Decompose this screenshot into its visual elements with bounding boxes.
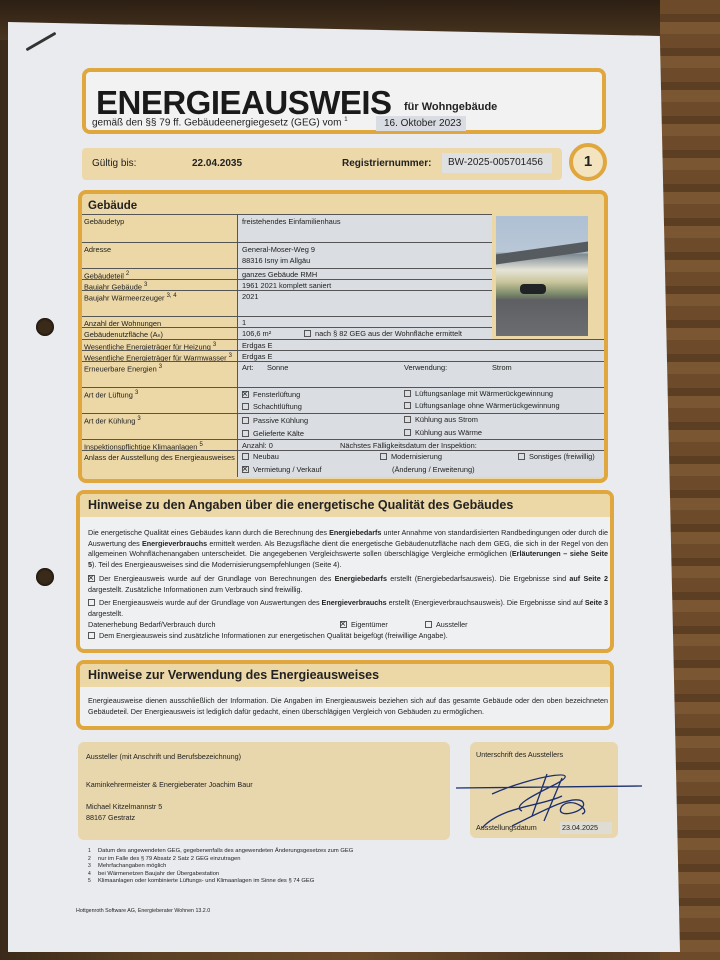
footnote: 1Datum des angewendeten GEG, gegebenenfa… <box>88 848 353 856</box>
row-value: General-Moser-Weg 9 <box>242 245 315 254</box>
checkbox-option[interactable]: Fensterlüftung <box>242 390 300 399</box>
row-label: Art der Lüftung 3 <box>84 390 138 399</box>
checkbox-option[interactable]: Schachtlüftung <box>242 402 302 411</box>
issuer-box: Aussteller (mit Anschrift und Berufsbeze… <box>78 742 450 840</box>
footnotes: 1Datum des angewendeten GEG, gegebenenfa… <box>88 848 353 886</box>
row-label: Anlass der Ausstellung des Energieauswei… <box>84 453 235 462</box>
checkbox-option[interactable]: Lüftungsanlage mit Wärmerückgewinnung <box>404 389 553 398</box>
registration-label: Registriernummer: <box>342 158 431 169</box>
table-row: Gebäudenutzfläche (Aₙ)106,6 m²nach § 82 … <box>82 327 492 339</box>
checkbox-option[interactable]: Neubau <box>242 452 279 461</box>
table-row: Baujahr Gebäude 31961 2021 komplett sani… <box>82 279 492 290</box>
row-value: freistehendes Einfamilienhaus <box>242 217 341 226</box>
document-subtitle: für Wohngebäude <box>404 101 497 113</box>
valid-label: Gültig bis: <box>92 158 136 169</box>
checkbox-option[interactable]: Gelieferte Kälte <box>242 429 304 438</box>
table-row: Gebäudetypfreistehendes Einfamilienhaus <box>82 214 492 242</box>
row-label: Gebäudenutzfläche (Aₙ) <box>84 330 163 339</box>
valid-value: 22.04.2035 <box>192 158 242 169</box>
checkbox-option[interactable]: Sonstiges (freiwillig) <box>518 452 595 461</box>
table-row: Anzahl der Wohnungen1 <box>82 316 492 327</box>
checkbox-option[interactable]: Kühlung aus Wärme <box>404 428 482 437</box>
law-reference: gemäß den §§ 79 ff. Gebäudeenergiegesetz… <box>92 117 348 128</box>
table-row: Wesentliche Energieträger für Heizung 3E… <box>82 339 604 350</box>
footnote: 2nur im Falle des § 79 Absatz 2 Satz 2 G… <box>88 856 353 864</box>
option-issuer[interactable]: Aussteller <box>425 620 468 631</box>
option-owner[interactable]: Eigentümer <box>340 620 388 631</box>
row-value: Strom <box>492 363 512 372</box>
footnote: 5Klimaanlagen oder kombinierte Lüftungs-… <box>88 878 353 886</box>
issuer-city: 88167 Gestratz <box>86 813 135 822</box>
row-value: 88316 Isny im Allgäu <box>242 256 310 265</box>
usage-notes-section: Hinweise zur Verwendung des Energieauswe… <box>76 660 614 730</box>
table-row: Wesentliche Energieträger für Warmwasser… <box>82 350 604 361</box>
quality-notes-heading: Hinweise zu den Angaben über die energet… <box>80 494 610 517</box>
table-row: AdresseGeneral-Moser-Weg 988316 Isny im … <box>82 242 492 268</box>
checkbox-option[interactable]: Lüftungsanlage ohne Wärmerückgewinnung <box>404 401 560 410</box>
row-value: 1961 2021 komplett saniert <box>242 281 331 290</box>
checkbox-option[interactable]: Vermietung / Verkauf <box>242 465 322 474</box>
quality-notes-text: Die energetische Qualität eines Gebäudes… <box>88 528 608 570</box>
checkbox-option[interactable]: Kühlung aus Strom <box>404 415 478 424</box>
checkbox-consumption[interactable] <box>88 599 95 606</box>
row-value: Sonne <box>267 363 288 372</box>
option-demand-certificate[interactable]: Der Energieausweis wurde auf der Grundla… <box>88 574 608 595</box>
page-number: 1 <box>569 143 607 181</box>
usage-notes-text: Energieausweise dienen ausschließlich de… <box>88 696 608 717</box>
checkbox-option[interactable]: Modernisierung <box>380 452 442 461</box>
usage-notes-heading: Hinweise zur Verwendung des Energieauswe… <box>80 664 610 687</box>
row-value: Erdgas E <box>242 352 272 361</box>
table-row: Gebäudeteil 2ganzes Gebäude RMH <box>82 268 492 279</box>
software-credit: Hottgenroth Software AG, Energieberater … <box>76 908 210 914</box>
row-value: (Änderung / Erweiterung) <box>392 465 475 474</box>
footnote: 3Mehrfachangaben möglich <box>88 863 353 871</box>
row-value: 106,6 m² <box>242 329 271 338</box>
table-row: Inspektionspflichtige Klimaanlagen 5Anza… <box>82 439 604 450</box>
table-row: Erneuerbare Energien 3Art:SonneVerwendun… <box>82 361 604 387</box>
row-label: Adresse <box>84 245 111 254</box>
table-row: Art der Lüftung 3FensterlüftungSchachtlü… <box>82 387 604 413</box>
title-box: ENERGIEAUSWEIS für Wohngebäude gemäß den… <box>82 68 606 134</box>
row-value: Anzahl: 0 <box>242 441 273 450</box>
law-date: 16. Oktober 2023 <box>376 116 466 131</box>
table-row: Anlass der Ausstellung des Energieauswei… <box>82 450 604 477</box>
row-label: Art der Kühlung 3 <box>84 416 141 425</box>
signature-scribble <box>452 766 647 836</box>
row-value: 2021 <box>242 292 258 301</box>
option-extra-info[interactable]: Dem Energieausweis sind zusätzliche Info… <box>88 631 448 642</box>
row-value: ganzes Gebäude RMH <box>242 270 317 279</box>
row-value: Erdgas E <box>242 341 272 350</box>
row-value: 1 <box>242 318 246 327</box>
row-value: Art: <box>242 363 254 372</box>
option-consumption-certificate[interactable]: Der Energieausweis wurde auf der Grundla… <box>88 598 608 619</box>
building-photo <box>496 216 588 336</box>
table-row: Baujahr Wärmeerzeuger 3, 42021 <box>82 290 492 316</box>
row-label: Baujahr Wärmeerzeuger 3, 4 <box>84 293 177 302</box>
building-heading: Gebäude <box>88 200 137 212</box>
issuer-street: Michael Kitzelmannstr 5 <box>86 802 162 811</box>
row-label: Gebäudetyp <box>84 217 124 226</box>
checkbox-option[interactable]: nach § 82 GEG aus der Wohnfläche ermitte… <box>304 329 462 338</box>
punch-hole <box>36 318 54 336</box>
quality-notes-section: Hinweise zu den Angaben über die energet… <box>76 490 614 653</box>
table-row: Art der Kühlung 3Passive KühlungGeliefer… <box>82 413 604 439</box>
validity-bar: Gültig bis: 22.04.2035 Registriernummer:… <box>82 148 562 180</box>
checkbox-option[interactable]: Passive Kühlung <box>242 416 308 425</box>
registration-number: BW-2025-005701456 <box>442 153 552 173</box>
signature-label: Unterschrift des Ausstellers <box>476 750 563 759</box>
issuer-name: Kaminkehrermeister & Energieberater Joac… <box>86 780 253 789</box>
row-value: Verwendung: <box>404 363 447 372</box>
checkbox-demand[interactable] <box>88 575 95 582</box>
data-collection-label: Datenerhebung Bedarf/Verbrauch durch <box>88 620 215 631</box>
row-label: Erneuerbare Energien 3 <box>84 364 162 373</box>
footnote: 4bei Wärmenetzen Baujahr der Übergabesta… <box>88 871 353 879</box>
punch-hole <box>36 568 54 586</box>
row-value: Nächstes Fälligkeitsdatum der Inspektion… <box>340 441 477 450</box>
issuer-label: Aussteller (mit Anschrift und Berufsbeze… <box>86 752 241 761</box>
